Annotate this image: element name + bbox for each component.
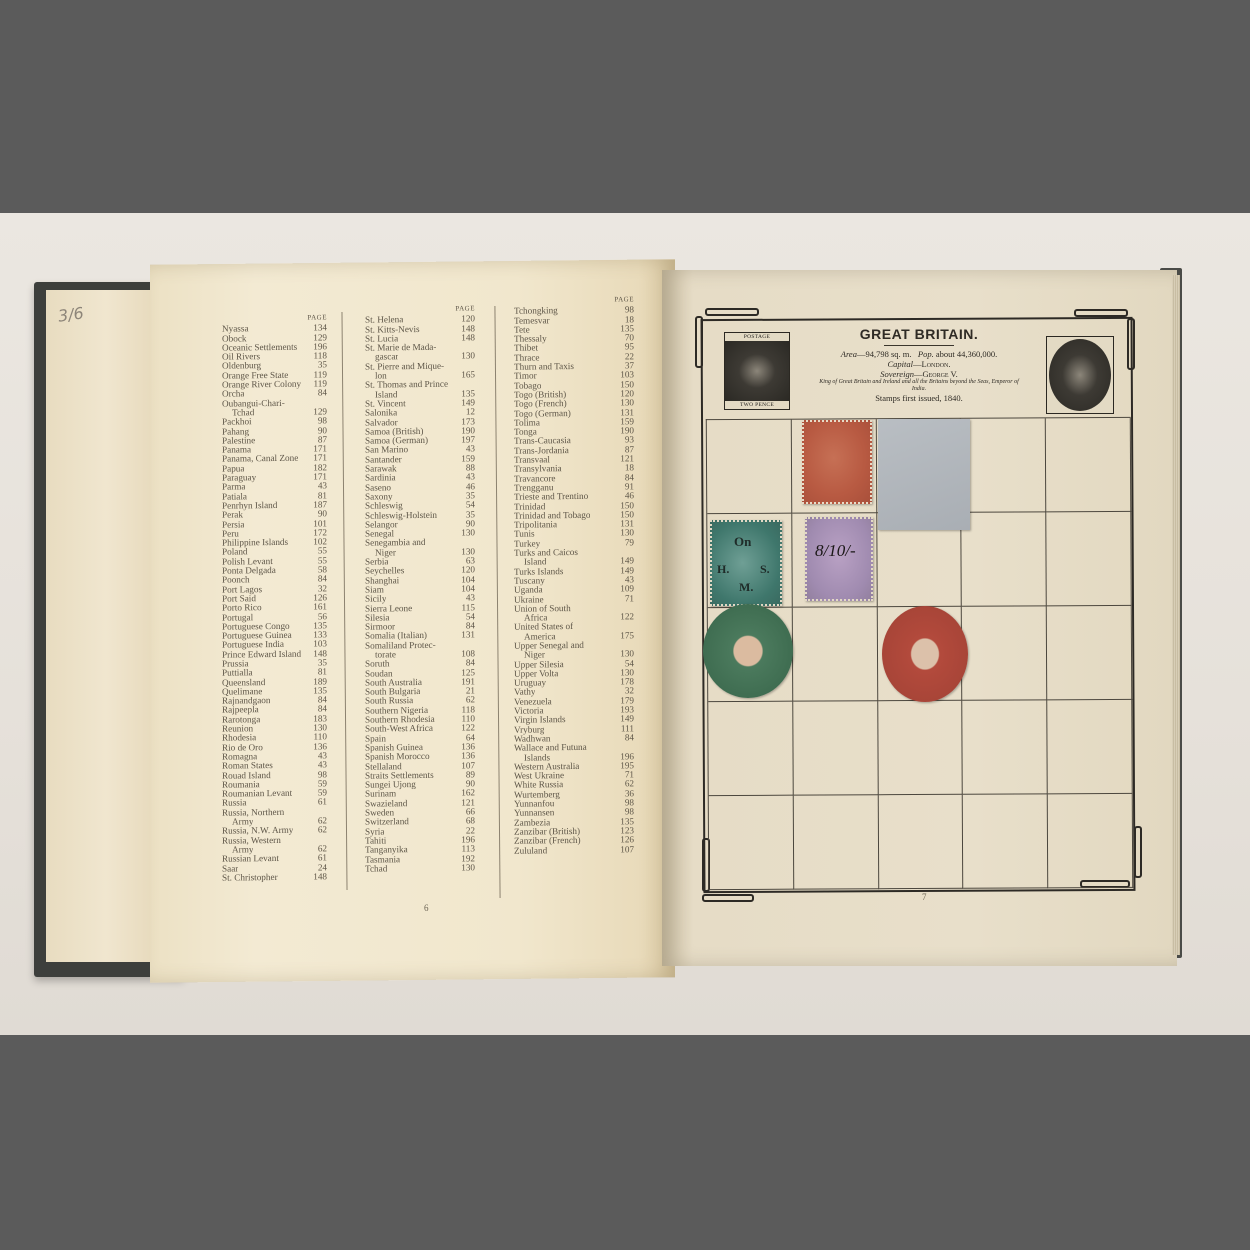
country-name: United States of [514, 622, 573, 632]
country-name: Spain [365, 734, 386, 744]
country-name: Schleswig [365, 501, 403, 511]
stamp-slot [963, 700, 1048, 794]
country-name: Temesvar [514, 316, 550, 326]
country-name: Trieste and Trentino [514, 492, 588, 502]
stamp-grey-embossed[interactable] [878, 419, 970, 530]
stamp-lilac-revenue[interactable]: 8/10/- [805, 517, 873, 601]
country-name: Tete [514, 325, 530, 334]
country-name: Wadhwan [514, 734, 551, 744]
country-name: Nyassa [222, 325, 249, 335]
pop-label: Pop. [918, 349, 934, 359]
country-name: Turks and Caicos [514, 548, 578, 558]
country-name: Syria [365, 827, 384, 837]
country-name: Oubangui-Chari- [222, 399, 285, 409]
country-name: Thessaly [514, 335, 547, 345]
country-name: Soruth [365, 660, 390, 670]
country-name: Senegambia and [365, 538, 425, 548]
stamp-top-label: POSTAGE [744, 333, 770, 341]
stamp-slot [962, 512, 1047, 606]
country-name: Tchad [365, 864, 387, 874]
area-label: Area [841, 349, 857, 359]
country-name: Vryburg [514, 725, 544, 735]
country-name: Tchongking [514, 306, 558, 316]
stamp-slot [878, 701, 963, 795]
index-column-1: PAGE Nyassa134Obock129Oceanic Settlement… [222, 313, 327, 882]
country-name: Russia [222, 799, 247, 809]
country-name: Roumanian Levant [222, 789, 292, 799]
country-name: Tanganyika [365, 845, 408, 855]
stamp-slot [793, 607, 878, 701]
country-title: GREAT BRITAIN. [812, 326, 1026, 342]
country-name: Samoa (German) [365, 436, 428, 446]
country-name: Wallace and Futuna [514, 743, 587, 753]
country-name: Rajpeepla [222, 706, 259, 716]
stamp-cut-halfpenny[interactable] [703, 604, 793, 698]
country-name: America [514, 632, 556, 642]
capital-label: Capital [888, 359, 914, 369]
country-name: Travancore [514, 474, 556, 484]
country-name: Transvaal [514, 455, 550, 465]
page-ref: 148 [307, 872, 327, 882]
country-name: Island [365, 390, 397, 400]
manuscript-cancel: 8/10/- [815, 541, 856, 561]
country-name: Niger [514, 651, 545, 661]
country-name: Timor [514, 372, 537, 382]
page-ref: 122 [614, 612, 634, 622]
printed-stamp-oval [1046, 336, 1114, 414]
country-name: Silesia [365, 613, 390, 623]
country-name: Tchad [222, 408, 254, 418]
country-name: Islands [514, 753, 550, 763]
queen-victoria-portrait-icon [725, 341, 789, 401]
overprint-m: M. [739, 580, 753, 595]
country-name: Port Said [222, 594, 256, 604]
sovereign-value: George V. [922, 369, 957, 379]
country-name: Stellaland [365, 762, 402, 772]
country-name: Army [222, 817, 253, 827]
index-entry: Tchad130 [365, 863, 475, 874]
index-entry: St. Christopher148 [222, 872, 327, 883]
column-header: PAGE [222, 313, 327, 324]
country-name: Peru [222, 529, 239, 539]
country-name: Tasmania [365, 855, 400, 865]
country-name: Victoria [514, 706, 544, 716]
stamp-slot [794, 795, 879, 889]
country-name: Togo (German) [514, 409, 571, 419]
country-name: Uruguay [514, 679, 546, 689]
country-name: Obock [222, 334, 247, 344]
country-name: Panama [222, 445, 251, 455]
country-name: St. Marie de Mada- [365, 343, 436, 353]
country-name: Turkey [514, 539, 540, 549]
country-name: Western Australia [514, 762, 579, 772]
country-name: Tolima [514, 418, 540, 428]
sovereign-label: Sovereign [880, 369, 914, 379]
stamp-slot [707, 420, 792, 514]
page-edges [1172, 275, 1180, 955]
country-name: Yunnansen [514, 809, 554, 819]
country-name: Serbia [365, 557, 388, 567]
country-name: Venezuela [514, 697, 552, 707]
capital-line: Capital—London. [812, 359, 1026, 369]
stamp-on-hms-overprint[interactable]: On H. S. M. [710, 520, 782, 606]
page-ref: 71 [614, 594, 634, 604]
country-name: Saar [222, 864, 238, 873]
country-name: Upper Senegal and [514, 641, 584, 651]
stamp-slot [1046, 418, 1131, 512]
country-name: Puttialla [222, 669, 253, 679]
flyleaf [46, 290, 166, 962]
country-name: Straits Settlements [365, 771, 434, 781]
country-name: torate [365, 650, 396, 660]
country-name: Soudan [365, 669, 393, 679]
area-value: 94,798 sq. m. [865, 349, 911, 359]
country-name: lon [365, 371, 387, 381]
corner-ornament [702, 894, 754, 902]
page-ref: 148 [455, 333, 475, 343]
country-name: Turks Islands [514, 567, 563, 577]
country-name: Salonika [365, 409, 397, 419]
country-name: Trans-Jordania [514, 446, 569, 456]
country-name: South-West Africa [365, 724, 433, 734]
left-page-number: 6 [424, 903, 429, 913]
overprint-on: On [734, 534, 751, 550]
country-name: Tobago [514, 381, 541, 391]
corner-ornament [1134, 826, 1142, 878]
country-name: Orcha [222, 390, 244, 400]
country-name: Russia, N.W. Army [222, 826, 293, 836]
country-name: Uganda [514, 586, 543, 596]
country-name: Trinidad and Tobago [514, 511, 590, 521]
country-name: St. Christopher [222, 873, 278, 883]
country-name: Oil Rivers [222, 352, 260, 362]
overprint-s: S. [760, 562, 770, 577]
column-header: PAGE [514, 295, 634, 306]
title-rule [884, 345, 954, 346]
country-name: Roumania [222, 780, 260, 790]
country-name: Reunion [222, 724, 253, 734]
country-name: Trengganu [514, 483, 553, 493]
country-name: Oceanic Settlements [222, 343, 297, 353]
country-name: Saseno [365, 483, 391, 493]
capital-value: London. [922, 359, 951, 369]
column-header: PAGE [365, 304, 475, 315]
country-name: Poland [222, 548, 248, 558]
country-name: Thibet [514, 344, 538, 354]
corner-ornament [705, 308, 759, 316]
country-name: Zanzibar (French) [514, 836, 581, 846]
country-name: Island [514, 558, 546, 568]
country-name: Sarawak [365, 464, 397, 474]
country-name: Army [222, 845, 253, 855]
country-name: Papua [222, 464, 244, 474]
page-ref: 130 [455, 352, 475, 362]
country-name: Swazieland [365, 799, 407, 809]
country-name: Senegal [365, 529, 394, 539]
country-name: Somaliland Protec- [365, 640, 436, 650]
country-name: St. Pierre and Mique- [365, 361, 444, 371]
country-name: Tahiti [365, 836, 386, 846]
country-name: Perak [222, 511, 243, 521]
stamp-cut-three-halfpence[interactable] [882, 606, 968, 702]
country-name: Rio de Oro [222, 743, 263, 753]
country-name: Saxony [365, 492, 393, 502]
country-name: Tuscany [514, 576, 545, 586]
country-name: Siam [365, 585, 384, 595]
country-name: Russia, Western [222, 836, 281, 846]
queen-victoria-oval-portrait-icon [1049, 339, 1111, 411]
sovereign-note: King of Great Britain and Ireland and al… [812, 379, 1026, 393]
page-ref: 84 [307, 389, 327, 399]
country-name: St. Helena [365, 316, 403, 326]
country-name: Romagna [222, 752, 257, 762]
stamp-bottom-label: TWO PENCE [740, 401, 774, 409]
country-name: Pahang [222, 427, 249, 437]
country-name: Seychelles [365, 567, 404, 577]
country-name: Ukraine [514, 595, 544, 605]
country-name: Russian Levant [222, 854, 279, 864]
stamp-slot [878, 795, 963, 889]
country-name: Sweden [365, 808, 394, 818]
country-name: Yunnanfou [514, 799, 554, 809]
page-ref: 130 [455, 528, 475, 538]
corner-ornament [695, 316, 703, 368]
page-ref: 61 [307, 798, 327, 808]
country-name: Penrhyn Island [222, 501, 277, 511]
country-name: Portugal [222, 613, 253, 623]
right-page-number: 7 [922, 892, 927, 902]
country-name: Schleswig-Holstein [365, 510, 437, 520]
country-name: Rajnandgaon [222, 696, 270, 706]
page-ref: 62 [307, 826, 327, 836]
country-name: Rarotonga [222, 715, 260, 725]
country-name: Tripolitania [514, 520, 557, 530]
printed-stamp-two-pence: POSTAGE TWO PENCE [724, 332, 790, 410]
country-name: Zululand [514, 846, 547, 856]
stamp-slot [963, 794, 1048, 888]
country-name: San Marino [365, 446, 408, 456]
country-name: Sierra Leone [365, 604, 412, 614]
country-name: Sicily [365, 595, 386, 605]
stamp-slot [1046, 512, 1131, 606]
pop-value: about 44,360,000. [936, 349, 997, 359]
sovereign-line: Sovereign—George V. [812, 369, 1026, 379]
index-entry: Zululand107 [514, 845, 634, 856]
country-name: Ponta Delgada [222, 566, 276, 576]
country-name: Sungei Ujong [365, 780, 416, 790]
index-column-3: PAGE Tchongking98Temesvar18Tete135Thessa… [514, 295, 634, 855]
country-name: Vathy [514, 688, 535, 698]
country-name: Panama, Canal Zone [222, 454, 298, 464]
page-ref: 84 [614, 733, 634, 743]
stamp-penny-red[interactable] [802, 420, 872, 504]
country-name: Parma [222, 483, 245, 493]
country-name: Sardinia [365, 474, 396, 484]
country-name: Tunis [514, 530, 535, 540]
country-name: Union of South [514, 604, 571, 614]
country-name: Russia, Northern [222, 808, 284, 818]
pencil-price-mark: 3/6 [57, 303, 85, 325]
country-name: Paraguay [222, 473, 256, 483]
country-name: Upper Volta [514, 669, 558, 679]
country-name: St. Thomas and Prince [365, 380, 448, 390]
stamp-slot [962, 606, 1047, 700]
country-name: Port Lagos [222, 585, 262, 595]
area-population-line: Area—94,798 sq. m. Pop. about 44,360,000… [812, 349, 1026, 359]
country-name: Poonch [222, 576, 250, 586]
country-name: Rhodesia [222, 734, 256, 744]
country-name: Spanish Morocco [365, 752, 430, 762]
country-name: Quelimane [222, 687, 262, 697]
country-name: St. Kitts-Nevis [365, 325, 420, 335]
country-name: Rouad Island [222, 771, 271, 781]
country-name: Surinam [365, 790, 396, 800]
country-name: Switzerland [365, 817, 409, 827]
stamp-slot [709, 796, 794, 890]
country-name: Tonga [514, 428, 537, 438]
country-name: Porto Rico [222, 603, 262, 613]
country-name: Salvador [365, 418, 398, 428]
country-name: Zambezia [514, 818, 550, 828]
stamp-slot [1047, 606, 1132, 700]
country-name: gascar [365, 353, 398, 363]
page-ref: 165 [455, 370, 475, 380]
stamp-slot [1048, 794, 1133, 888]
country-name: Orange River Colony [222, 380, 301, 390]
country-name: Thrace [514, 353, 540, 363]
country-name: Prince Edward Island [222, 649, 301, 659]
country-name: Queensland [222, 678, 265, 688]
country-name: Africa [514, 613, 547, 623]
stamp-slot [961, 418, 1046, 512]
country-name: St. Lucia [365, 334, 398, 344]
country-name: Philippine Islands [222, 538, 288, 548]
page-ref: 130 [455, 863, 475, 873]
country-name: Niger [365, 548, 396, 558]
country-name: Thurn and Taxis [514, 362, 574, 372]
country-name: Shanghai [365, 576, 399, 586]
page-ref: 107 [614, 845, 634, 855]
index-entries: Tchongking98Temesvar18Tete135Thessaly70T… [514, 306, 634, 856]
first-issued: Stamps first issued, 1840. [812, 393, 1026, 404]
country-name: Selangor [365, 520, 398, 530]
index-column-2: PAGE St. Helena120St. Kitts-Nevis148St. … [365, 304, 475, 873]
index-entries: Nyassa134Obock129Oceanic Settlements196O… [222, 324, 327, 883]
country-name: Oldenburg [222, 362, 261, 372]
page-ref: 175 [614, 631, 634, 641]
page-ref: 131 [455, 631, 475, 641]
country-name: Palestine [222, 436, 255, 446]
country-name: Patiala [222, 492, 247, 502]
country-name: Sirmoor [365, 622, 395, 632]
page-ref: 79 [614, 538, 634, 548]
country-name: Packhoi [222, 418, 252, 428]
stamp-slot [793, 701, 878, 795]
stamp-slot [708, 702, 793, 796]
country-name: Santander [365, 455, 402, 465]
corner-ornament [1127, 318, 1135, 370]
country-name: Virgin Islands [514, 715, 566, 725]
index-entries: St. Helena120St. Kitts-Nevis148St. Lucia… [365, 315, 475, 874]
country-name: St. Vincent [365, 399, 406, 409]
country-name: Trinidad [514, 502, 545, 512]
overprint-h: H. [717, 562, 729, 577]
corner-ornament [1074, 309, 1128, 317]
country-header: GREAT BRITAIN. Area—94,798 sq. m. Pop. a… [812, 326, 1026, 404]
stamp-slot [1047, 700, 1132, 794]
country-name: Prussia [222, 659, 249, 669]
country-name: Persia [222, 520, 244, 530]
